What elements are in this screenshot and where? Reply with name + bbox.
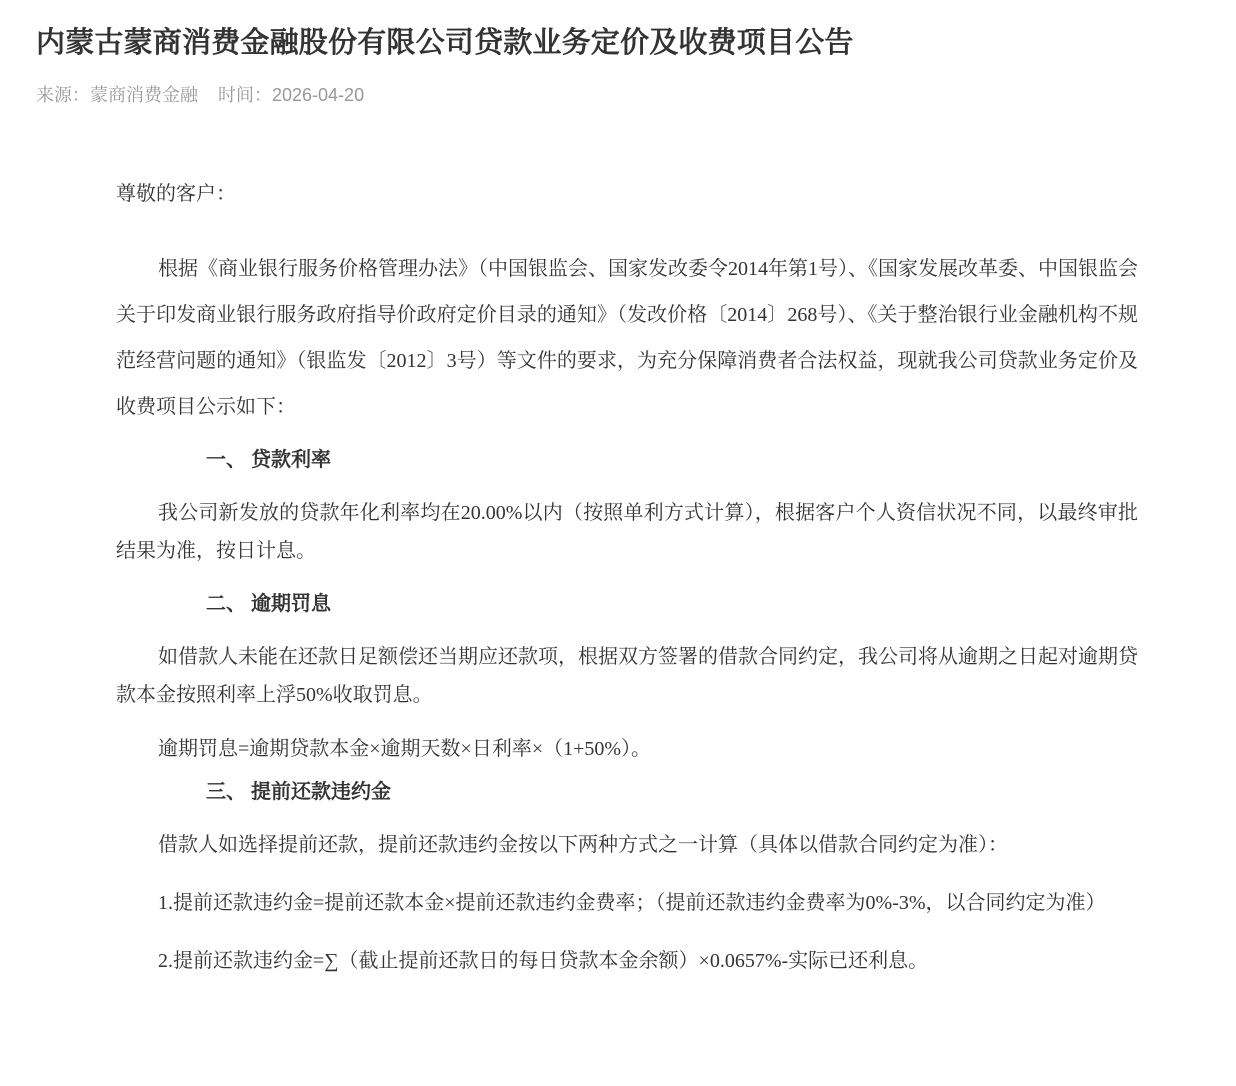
greeting: 尊敬的客户： [116, 178, 1138, 210]
time-label: 时间： [218, 82, 272, 108]
article-title: 内蒙古蒙商消费金融股份有限公司贷款业务定价及收费项目公告 [36, 22, 1216, 64]
prepayment-formula-1: 1.提前还款违约金=提前还款本金×提前还款违约金费率；（提前还款违约金费率为0%… [116, 884, 1138, 922]
prepayment-intro-paragraph: 借款人如选择提前还款，提前还款违约金按以下两种方式之一计算（具体以借款合同约定为… [116, 826, 1138, 864]
section-heading-prepayment-penalty: 三、 提前还款违约金 [116, 776, 1138, 808]
section-heading-interest-rate: 一、 贷款利率 [116, 444, 1138, 476]
overdue-penalty-paragraph: 如借款人未能在还款日足额偿还当期应还款项，根据双方签署的借款合同约定，我公司将从… [116, 638, 1138, 714]
prepayment-formula-2: 2.提前还款违约金=∑（截止提前还款日的每日贷款本金余额）×0.0657%-实际… [116, 942, 1138, 980]
overdue-penalty-formula: 逾期罚息=逾期贷款本金×逾期天数×日利率×（1+50%）。 [116, 726, 1138, 772]
source-label: 来源： [36, 82, 90, 108]
article-meta: 来源：蒙商消费金融时间：2026-04-20 [36, 82, 1216, 108]
time-value: 2026-04-20 [272, 82, 364, 108]
intro-paragraph: 根据《商业银行服务价格管理办法》（中国银监会、国家发改委令2014年第1号）、《… [116, 246, 1138, 430]
article-body: 尊敬的客户： 根据《商业银行服务价格管理办法》（中国银监会、国家发改委令2014… [116, 178, 1138, 980]
article-header: 内蒙古蒙商消费金融股份有限公司贷款业务定价及收费项目公告 来源：蒙商消费金融时间… [36, 22, 1216, 108]
section-heading-overdue-penalty: 二、 逾期罚息 [116, 588, 1138, 620]
interest-rate-paragraph: 我公司新发放的贷款年化利率均在20.00%以内（按照单利方式计算），根据客户个人… [116, 494, 1138, 570]
source-value: 蒙商消费金融 [90, 82, 198, 108]
